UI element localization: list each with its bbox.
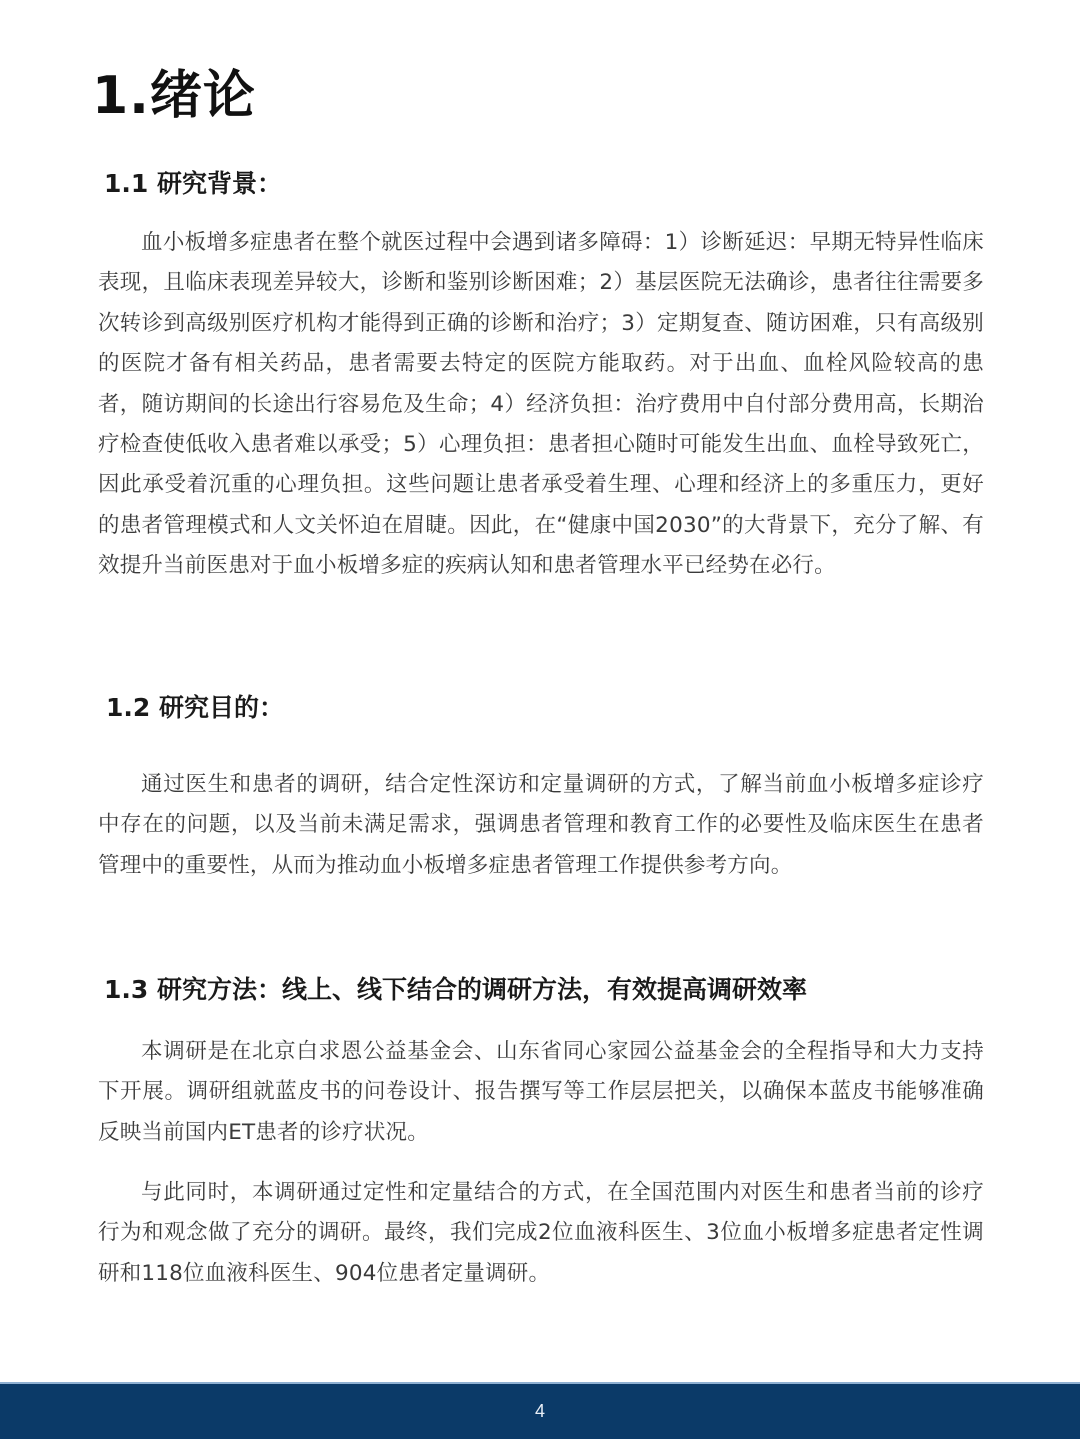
paragraph-background: 血小板增多症患者在整个就医过程中会遇到诸多障碍：1）诊断延迟：早期无特异性临床表… (98, 223, 984, 587)
page-footer: 4 (0, 1382, 1080, 1439)
paragraph-method-1: 本调研是在北京白求恩公益基金会、山东省同心家园公益基金会的全程指导和大力支持下开… (98, 1032, 984, 1153)
section-heading-purpose: 1.2 研究目的： (106, 690, 284, 726)
paragraph-method-2: 与此同时，本调研通过定性和定量结合的方式，在全国范围内对医生和患者当前的诊疗行为… (98, 1173, 984, 1294)
page-title: 1.绪论 (92, 58, 256, 134)
page-number: 4 (535, 1401, 545, 1422)
section-heading-method: 1.3 研究方法：线上、线下结合的调研方法，有效提高调研效率 (104, 972, 807, 1008)
section-heading-background: 1.1 研究背景： (104, 166, 282, 202)
paragraph-purpose: 通过医生和患者的调研，结合定性深访和定量调研的方式，了解当前血小板增多症诊疗中存… (98, 765, 984, 886)
